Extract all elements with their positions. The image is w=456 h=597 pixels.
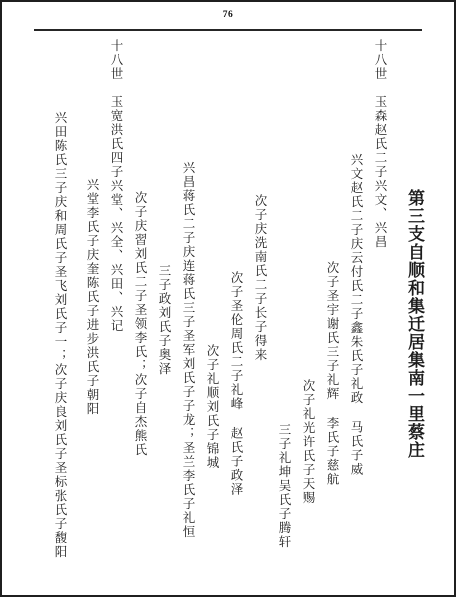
header-rule <box>34 29 422 31</box>
genealogy-column-liguang: 次子礼光许氏子天赐 <box>300 39 315 587</box>
genealogy-column-qingxi2: 次子庆習刘氏二子圣领李氏；次子自杰熊氏 <box>132 39 147 587</box>
genealogy-column-xingwen: 兴文赵氏二子庆云付氏二子鑫朱氏子礼政 马氏子威 <box>348 39 363 587</box>
genealogy-column-xingtian: 兴田陈氏三子庆和周氏子圣飞刘氏子一；次子庆良刘氏子圣标张氏子馥阳 <box>52 39 67 587</box>
genealogy-column-xingchang: 兴昌蒋氏二子庆连蒋氏三子圣军刘氏子子龙；圣兰李氏子礼恒 <box>180 39 195 587</box>
genealogy-column-zheng: 三子政刘氏子奥泽 <box>156 39 171 587</box>
genealogy-column-generation-18-yusen: 十八世 玉森赵氏二子兴文、兴昌 <box>372 39 387 587</box>
page-number: 76 <box>2 10 454 20</box>
genealogy-column-qingxi: 次子庆洗南氏二子长子得来 <box>252 39 267 587</box>
book-page: 76 第三支自顺和集迁居集南一里蔡庄 十八世 玉森赵氏二子兴文、兴昌 兴文赵氏二… <box>0 0 456 597</box>
section-title: 第三支自顺和集迁居集南一里蔡庄 <box>402 39 426 587</box>
genealogy-column-xingtang: 兴堂李氏子庆奎陈氏子进步洪氏子朝阳 <box>84 39 99 587</box>
genealogy-column-lishun: 次子礼顺刘氏子锦城 <box>204 39 219 587</box>
genealogy-column-generation-18-yukuan: 十八世 玉宽洪氏四子兴堂、兴全、兴田、兴记 <box>108 39 123 587</box>
genealogy-text-block: 第三支自顺和集迁居集南一里蔡庄 十八世 玉森赵氏二子兴文、兴昌 兴文赵氏二子庆云… <box>43 39 426 587</box>
genealogy-column-shenglun: 次子圣伦周氏二子礼峰 赵氏子政泽 <box>228 39 243 587</box>
genealogy-column-likun: 三子礼坤吴氏子腾轩 <box>276 39 291 587</box>
genealogy-column-shengyu: 次子圣宇谢氏三子礼辉 李氏子慈航 <box>324 39 339 587</box>
